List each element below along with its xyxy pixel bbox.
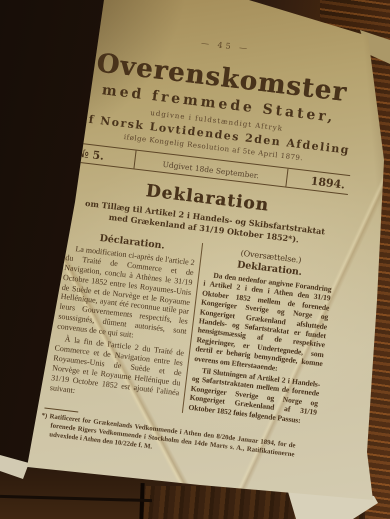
french-paragraph-1: La modification ci-après de l'article 2 … <box>57 243 196 347</box>
issue-year: 1894. <box>285 168 350 193</box>
paper-sheet: — 45 — Overenskomster med fremmede State… <box>0 0 390 519</box>
page-content: — 45 — Overenskomster med fremmede State… <box>39 26 364 471</box>
wood-background: { "page": { "page_number": "— 45 —" }, "… <box>0 0 390 519</box>
issue-number: № 5. <box>72 143 137 168</box>
masthead: Overenskomster med fremmede Stater, udgi… <box>72 49 361 195</box>
french-paragraph-2: À la fin de l'article 2 du Traité de Com… <box>49 333 184 407</box>
columns: Déclaration. La modification ci-après de… <box>44 226 340 429</box>
column-danish: (Oversættelse.) Deklaration. Da den nede… <box>182 243 340 429</box>
danish-paragraph-1: Da den nedenfor angivne Forandring i Art… <box>194 269 332 378</box>
column-french: Déclaration. La modification ci-après de… <box>44 226 202 412</box>
